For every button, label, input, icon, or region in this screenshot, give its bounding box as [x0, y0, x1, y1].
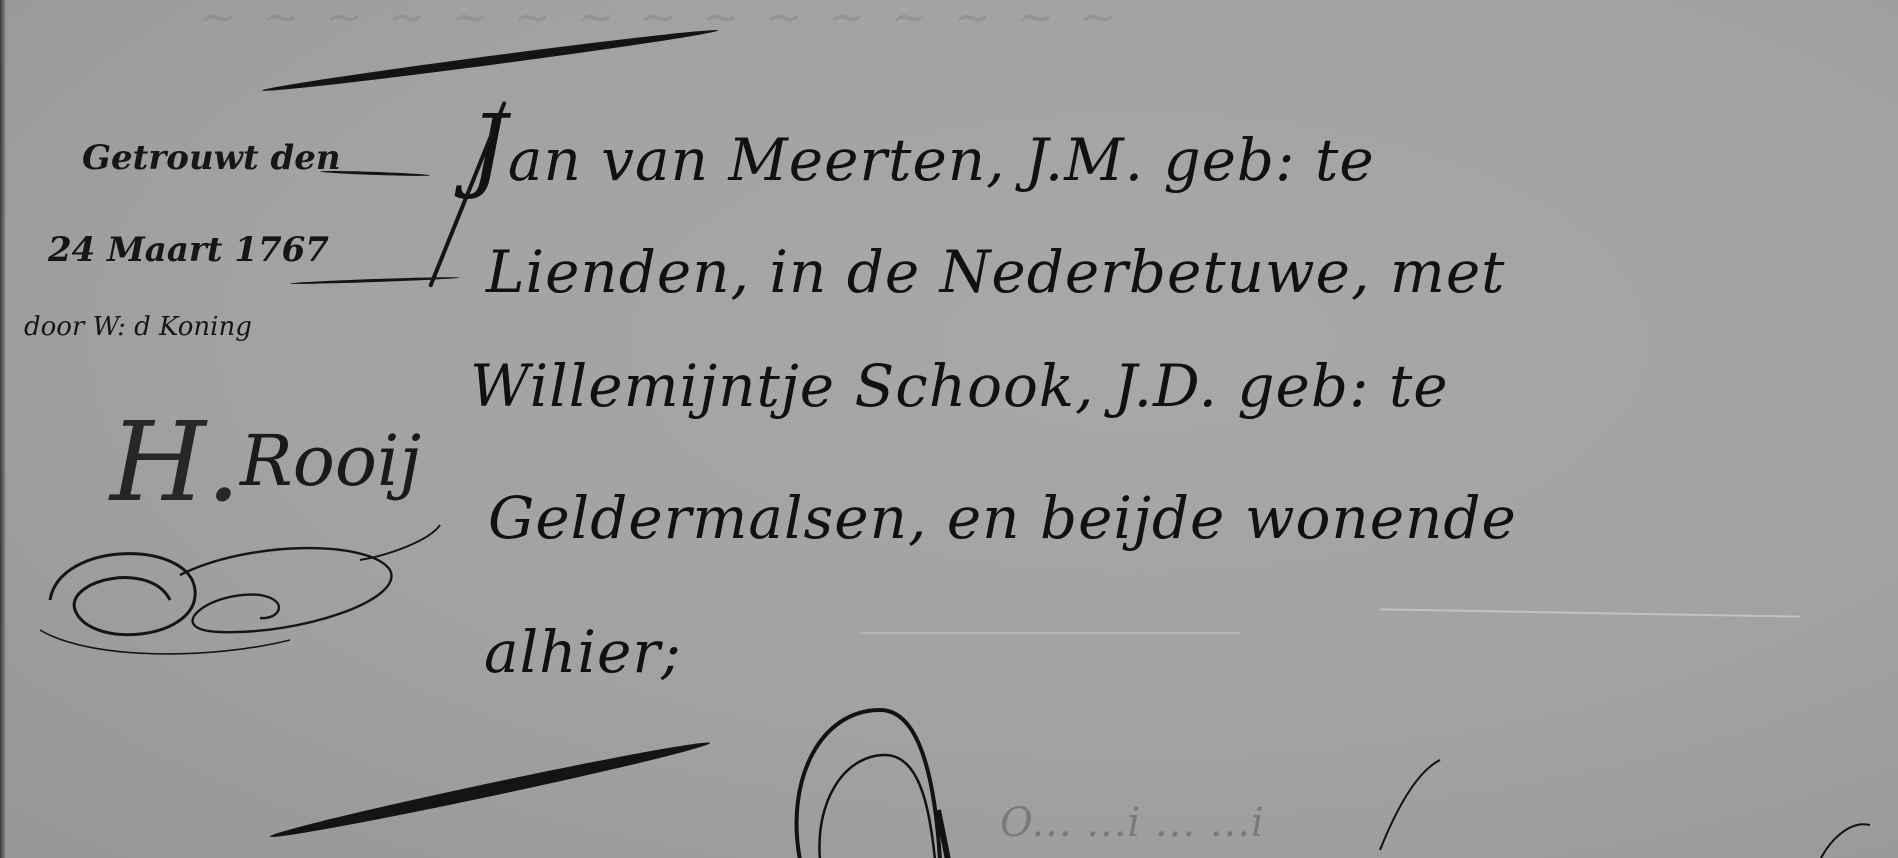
signature-surname: Rooij: [240, 420, 421, 502]
entry-line-1-text: an van Meerten, J.M. geb: te: [508, 126, 1375, 194]
entry-line-5: alhier;: [484, 618, 682, 686]
signature-flourish: [30, 520, 450, 660]
paper-crease: [860, 632, 1240, 634]
next-entry-fragment: O... ...i ... ...i: [1000, 800, 1265, 846]
separator-stroke-bottom: [269, 737, 712, 843]
register-page: ~ ~ ~ ~ ~ ~ ~ ~ ~ ~ ~ ~ ~ ~ ~ Getrouwt d…: [0, 0, 1898, 858]
paper-crease: [1380, 608, 1800, 617]
margin-note-officiant: door W: d Koning: [24, 312, 252, 342]
page-edge: [0, 0, 6, 858]
next-entry-flourish: [760, 700, 1898, 858]
entry-line-2: Lienden, in de Nederbetuwe, met: [486, 238, 1506, 306]
signature-initials: H.: [110, 398, 241, 526]
entry-line-3: Willemijntje Schook, J.D. geb: te: [470, 352, 1449, 420]
margin-note-date: 24 Maart 1767: [48, 230, 329, 270]
entry-line-1: Jan van Meerten, J.M. geb: te: [470, 112, 1375, 194]
margin-note-married: Getrouwt den: [82, 138, 341, 178]
entry-line-4: Geldermalsen, en beijde wonende: [488, 484, 1517, 552]
